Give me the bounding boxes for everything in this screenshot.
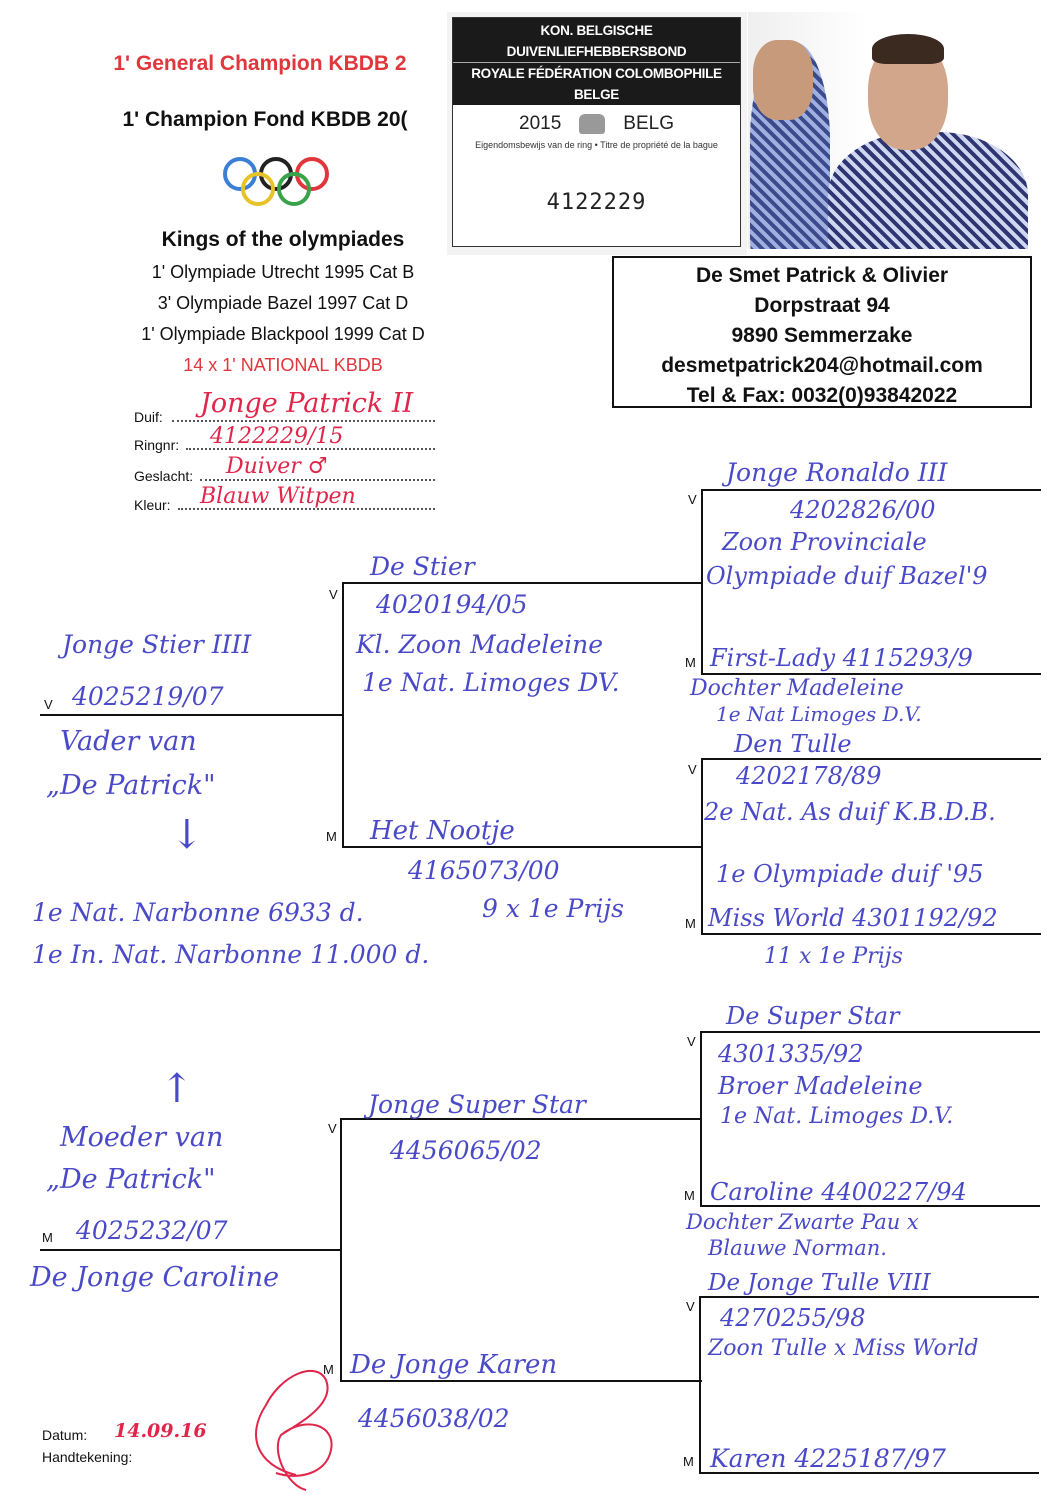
- fmf-ring: 4202178/89: [736, 762, 882, 790]
- fmm-note-1: 11 x 1e Prijs: [764, 944, 903, 969]
- mf-ring: 4456065/02: [390, 1136, 542, 1165]
- ff-note-2: 1e Nat. Limoges DV.: [362, 668, 620, 697]
- mff-ring: 4301335/92: [718, 1040, 864, 1068]
- marker-v: V: [329, 587, 338, 602]
- fm-name: Het Nootje: [370, 816, 515, 846]
- mm-line: [340, 1380, 702, 1382]
- date-label: Datum:: [42, 1427, 87, 1443]
- fmf-line: [701, 758, 1041, 760]
- owner-street: Dorpstraat 94: [614, 291, 1030, 321]
- ff-note-1: Kl. Zoon Madeleine: [356, 630, 603, 659]
- mother-note-1: Moeder van: [60, 1122, 223, 1153]
- label-ringnr: Ringnr:: [134, 437, 179, 453]
- mfm-note-2: Blauwe Norman.: [708, 1236, 887, 1260]
- mfm-note-1: Dochter Zwarte Pau x: [686, 1210, 919, 1234]
- marker-m: M: [685, 655, 696, 670]
- pigeon-name: Jonge Patrick II: [200, 388, 413, 419]
- card-org-nl: KON. BELGISCHE DUIVENLIEFHEBBERSBOND: [453, 20, 740, 63]
- card-year: 2015: [519, 113, 561, 135]
- fff-ring: 4202826/00: [790, 496, 936, 524]
- arrow-down-icon: ↓: [170, 812, 204, 858]
- father-line: [40, 714, 343, 716]
- fff-name: Jonge Ronaldo III: [726, 458, 947, 487]
- fm-line: [342, 846, 702, 848]
- mf-name: Jonge Super Star: [368, 1090, 586, 1119]
- ff-line: [342, 582, 702, 584]
- label-kleur: Kleur:: [134, 497, 171, 513]
- owners-photo: [748, 12, 1046, 249]
- mmm-name: Karen 4225187/97: [710, 1444, 946, 1473]
- signature-icon: [236, 1355, 346, 1495]
- mother-line: [40, 1249, 341, 1251]
- marker-v: V: [688, 762, 697, 777]
- mmf-ring: 4270255/98: [720, 1304, 866, 1332]
- ffm-line: [701, 673, 1041, 675]
- marker-v: V: [687, 1034, 696, 1049]
- marker-v: V: [686, 1299, 695, 1314]
- ring-ownership-card: KON. BELGISCHE DUIVENLIEFHEBBERSBOND ROY…: [447, 12, 747, 255]
- fff-note-2: Olympiade duif Bazel'9: [706, 562, 988, 590]
- card-subtitle: Eigendomsbewijs van de ring • Titre de p…: [453, 140, 740, 150]
- father-result-2: 1e In. Nat. Narbonne 11.000 d.: [32, 940, 429, 969]
- mmf-name: De Jonge Tulle VIII: [708, 1270, 931, 1296]
- mff-note-2: 1e Nat. Limoges D.V.: [720, 1104, 953, 1129]
- mff-note-1: Broer Madeleine: [718, 1072, 923, 1100]
- marker-m: M: [42, 1230, 53, 1245]
- marker-v: V: [44, 697, 53, 712]
- fff-note-1: Zoon Provinciale: [722, 528, 927, 556]
- ffm-name: First-Lady 4115293/9: [710, 644, 973, 672]
- fff-line: [701, 489, 1041, 491]
- fmm-name: Miss World 4301192/92: [708, 904, 998, 932]
- champion-fond-title: 1' Champion Fond KBDB 20(: [80, 108, 450, 132]
- father-ring: 4025219/07: [72, 682, 224, 711]
- father-note-2: „De Patrick": [46, 770, 216, 801]
- crown-icon: [579, 114, 605, 134]
- card-org-fr: ROYALE FÉDÉRATION COLOMBOPHILE BELGE: [453, 63, 740, 105]
- ff-ring: 4020194/05: [376, 590, 528, 619]
- fm-ring: 4165073/00: [408, 856, 560, 885]
- achievement-bazel: 3' Olympiade Bazel 1997 Cat D: [83, 288, 483, 319]
- label-geslacht: Geslacht:: [134, 468, 193, 484]
- marker-m: M: [684, 1188, 695, 1203]
- card-ring-number: 4122229: [453, 190, 740, 215]
- mother-name: De Jonge Caroline: [30, 1262, 279, 1293]
- marker-m: M: [685, 916, 696, 931]
- ffm-note-1: Dochter Madeleine: [690, 676, 904, 701]
- signature-label: Handtekening:: [42, 1449, 132, 1465]
- general-champion-title: 1' General Champion KBDB 2: [60, 52, 460, 76]
- marker-v: V: [688, 492, 697, 507]
- kings-title: Kings of the olympiades: [83, 228, 483, 252]
- mother-ring: 4025232/07: [76, 1216, 228, 1245]
- father-name: Jonge Stier IIII: [62, 630, 251, 659]
- mff-name: De Super Star: [726, 1002, 900, 1030]
- card-country: BELG: [623, 113, 674, 135]
- mmf-line: [699, 1296, 1039, 1298]
- fm-note-1: 9 x 1e Prijs: [482, 894, 624, 923]
- father-result-1: 1e Nat. Narbonne 6933 d.: [32, 898, 364, 927]
- olympic-rings-icon: [218, 152, 343, 208]
- owner-name: De Smet Patrick & Olivier: [614, 261, 1030, 291]
- fmf-name: Den Tulle: [734, 730, 852, 758]
- owner-address-box: De Smet Patrick & Olivier Dorpstraat 94 …: [612, 256, 1032, 408]
- arrow-up-icon: ↑: [160, 1066, 194, 1112]
- father-note-1: Vader van: [60, 726, 197, 757]
- achievement-blackpool: 1' Olympiade Blackpool 1999 Cat D: [83, 319, 483, 350]
- marker-m: M: [683, 1454, 694, 1469]
- national-wins: 14 x 1' NATIONAL KBDB: [83, 350, 483, 381]
- mm-ring: 4456038/02: [358, 1404, 510, 1433]
- marker-v: V: [328, 1121, 337, 1136]
- mm-name: De Jonge Karen: [350, 1350, 557, 1380]
- fmm-line: [701, 933, 1041, 935]
- mfm-name: Caroline 4400227/94: [710, 1178, 967, 1206]
- fmf-note-2: 1e Olympiade duif '95: [716, 860, 983, 888]
- date-value: 14.09.16: [114, 1420, 207, 1442]
- ff-name: De Stier: [370, 552, 475, 581]
- pigeon-ring: 4122229/15: [210, 424, 343, 449]
- label-duif: Duif:: [134, 409, 163, 425]
- ffm-note-2: 1e Nat Limoges D.V.: [716, 702, 922, 726]
- marker-m: M: [326, 829, 337, 844]
- pigeon-sex: Duiver ♂: [226, 454, 328, 479]
- mff-line: [700, 1031, 1040, 1033]
- pigeon-color: Blauw Witpen: [200, 484, 356, 509]
- owner-phone: Tel & Fax: 0032(0)93842022: [614, 381, 1030, 411]
- mmf-note-1: Zoon Tulle x Miss World: [708, 1336, 978, 1361]
- owner-city: 9890 Semmerzake: [614, 321, 1030, 351]
- achievement-utrecht: 1' Olympiade Utrecht 1995 Cat B: [83, 257, 483, 288]
- mother-note-2: „De Patrick": [46, 1164, 216, 1195]
- owner-email[interactable]: desmetpatrick204@hotmail.com: [614, 351, 1030, 381]
- fmf-note-1: 2e Nat. As duif K.B.D.B.: [704, 798, 996, 826]
